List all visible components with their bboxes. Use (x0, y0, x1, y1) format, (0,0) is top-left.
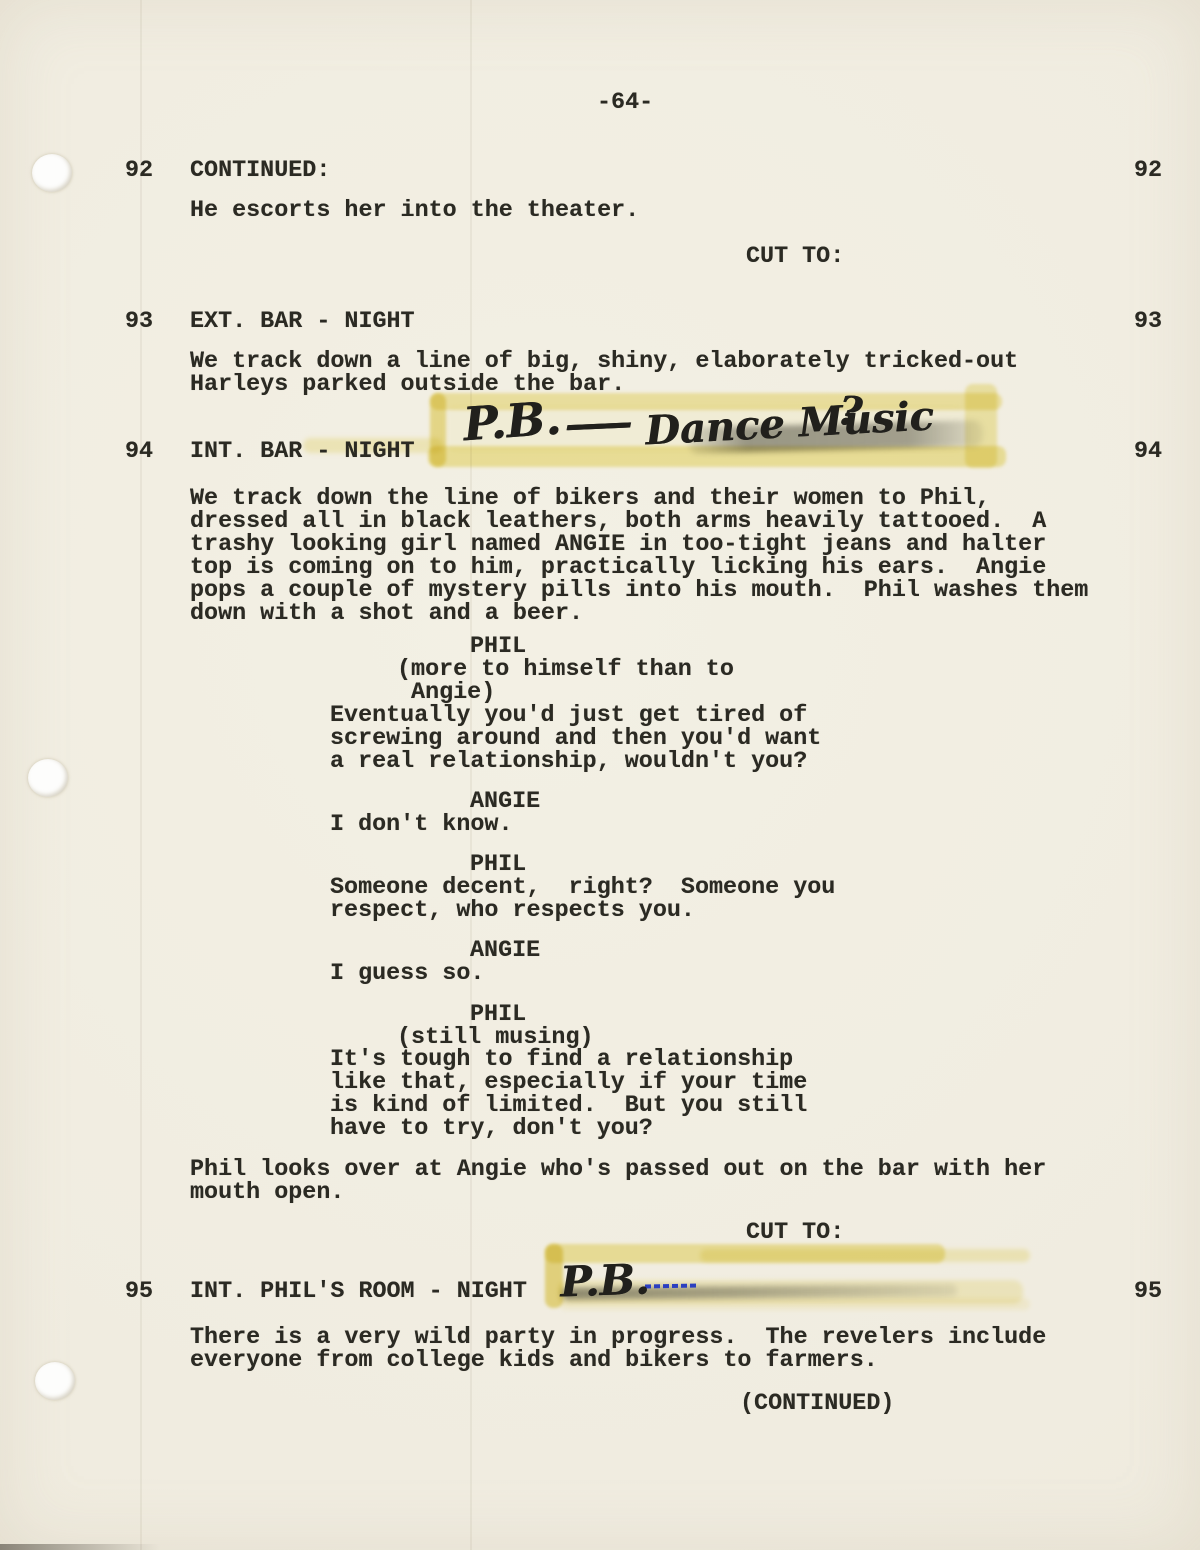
handwritten-annotation-dash: — (560, 397, 636, 451)
dialogue-character: ANGIE (470, 791, 540, 814)
scene-92-number-left: 92 (125, 160, 153, 183)
scene-93-heading: EXT. BAR - NIGHT (190, 311, 415, 334)
scene-94-number-left: 94 (125, 441, 153, 464)
dialogue-lines: I don't know. (330, 814, 512, 837)
punch-hole-bottom (35, 1362, 75, 1400)
highlighter-mark-extension (700, 1249, 1030, 1262)
handwritten-annotation-pb: P.B. (461, 391, 562, 452)
scene-95-number-right: 95 (1134, 1281, 1162, 1304)
dialogue-character: ANGIE (470, 940, 540, 963)
dialogue-parenthetical: (more to himself than to Angie) (397, 659, 734, 705)
scene-95-action: There is a very wild party in progress. … (190, 1327, 1046, 1373)
transition-cut-to-2: CUT TO: (746, 1222, 844, 1245)
scene-93-number-left: 93 (125, 311, 153, 334)
scan-edge-shadow (0, 1544, 160, 1550)
scene-92-number-right: 92 (1134, 160, 1162, 183)
highlighter-mark-left (430, 393, 446, 467)
continued-note: (CONTINUED) (740, 1393, 894, 1416)
dialogue-lines: I guess so. (330, 963, 484, 986)
handwritten-annotation-pb: P.B. (559, 1254, 650, 1306)
dialogue-lines: Someone decent, right? Someone you respe… (330, 877, 835, 923)
punch-hole-middle (28, 759, 68, 797)
scene-94-heading: INT. BAR - NIGHT (190, 441, 415, 464)
page-number: -64- (597, 92, 653, 115)
scene-94-number-right: 94 (1134, 441, 1162, 464)
scene-92-heading: CONTINUED: (190, 160, 330, 183)
dialogue-character: PHIL (470, 1004, 526, 1027)
script-page-sheet: -64- 92 CONTINUED: 92 He escorts her int… (0, 0, 1200, 1550)
dialogue-lines: It's tough to find a relationship like t… (330, 1049, 807, 1141)
scene-95-heading: INT. PHIL'S ROOM - NIGHT (190, 1281, 527, 1304)
dialogue-character: PHIL (470, 854, 526, 877)
scene-94-action: We track down the line of bikers and the… (190, 488, 1088, 626)
scan-streak (470, 0, 472, 1550)
dialogue-lines: Eventually you'd just get tired of screw… (330, 705, 821, 774)
scene-95-number-left: 95 (125, 1281, 153, 1304)
transition-cut-to-1: CUT TO: (746, 246, 844, 269)
scene-93-number-right: 93 (1134, 311, 1162, 334)
scene-92-action: He escorts her into the theater. (190, 200, 639, 223)
scan-streak (140, 0, 142, 1550)
scene-93-action: We track down a line of big, shiny, elab… (190, 351, 1018, 397)
dialogue-character: PHIL (470, 636, 526, 659)
punch-hole-top (32, 154, 72, 192)
scene-94-action-closing: Phil looks over at Angie who's passed ou… (190, 1159, 1046, 1205)
